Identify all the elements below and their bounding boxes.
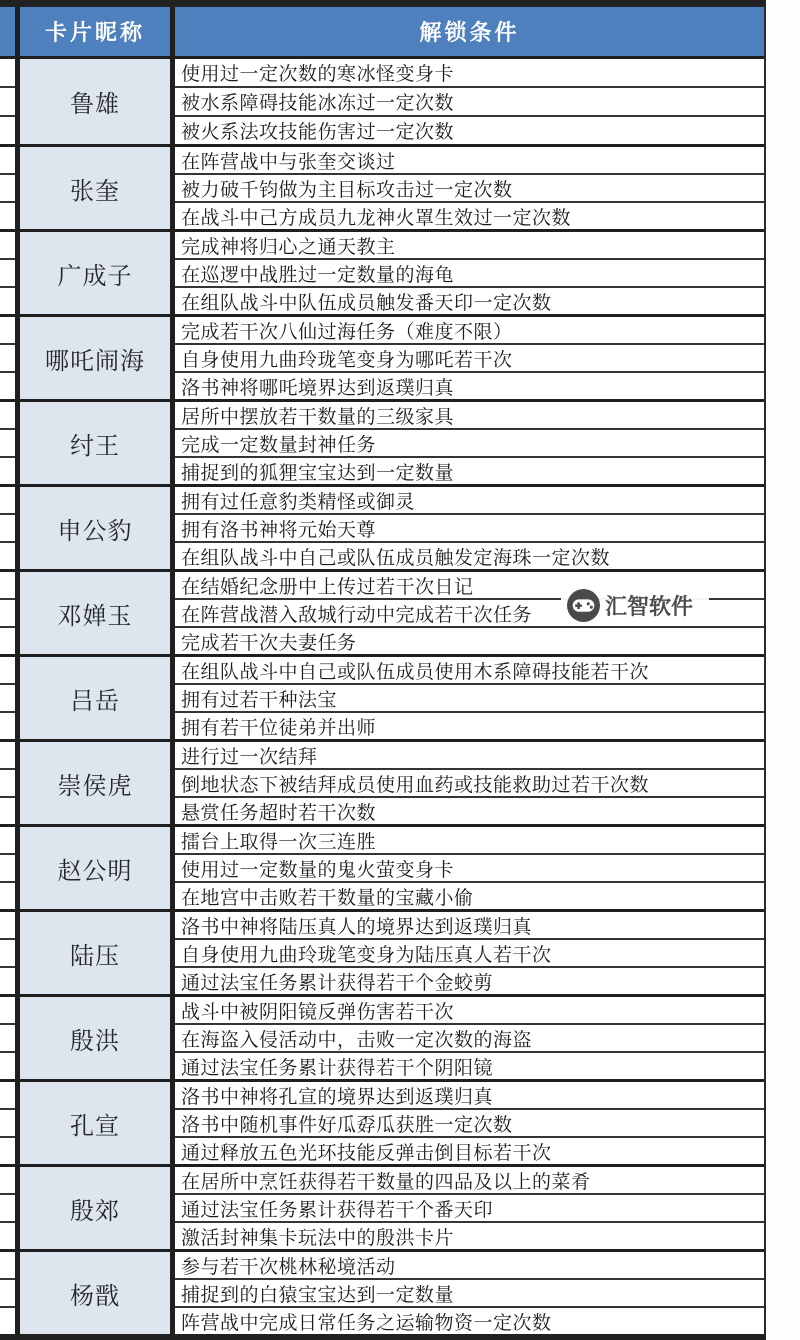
condition-cell: 洛书中神将孔宣的境界达到返璞归真 xyxy=(175,1082,764,1108)
table-body: 鲁雄 使用过一定次数的寒冰怪变身卡被水系障碍技能冰冻过一定次数被火系法攻技能伤害… xyxy=(0,59,764,1334)
row-number-column xyxy=(0,317,20,399)
card-name-cell: 殷郊 xyxy=(20,1167,175,1249)
condition-cell: 完成神将归心之通天教主 xyxy=(175,232,764,258)
row-number-cell xyxy=(0,1193,15,1221)
card-name-cell: 张奎 xyxy=(20,147,175,229)
card-name-cell: 吕岳 xyxy=(20,657,175,739)
condition-cell: 洛书中随机事件好瓜孬瓜获胜一定次数 xyxy=(175,1108,764,1136)
condition-cell: 被火系法攻技能伤害过一定次数 xyxy=(175,115,764,144)
row-number-cell xyxy=(0,456,15,484)
condition-cell: 居所中摆放若干数量的三级家具 xyxy=(175,402,764,428)
condition-cell: 拥有过任意豹类精怪或御灵 xyxy=(175,487,764,513)
condition-cell: 被力破千钧做为主目标攻击过一定次数 xyxy=(175,173,764,201)
row-number-column xyxy=(0,997,20,1079)
row-number-cell xyxy=(0,1167,15,1193)
card-name-cell: 鲁雄 xyxy=(20,59,175,144)
row-number-column xyxy=(0,1082,20,1164)
row-number-cell xyxy=(0,997,15,1023)
condition-cell: 洛书神将哪吒境界达到返璞归真 xyxy=(175,371,764,399)
conditions-column: 在组队战斗中自己或队伍成员使用木系障碍技能若干次拥有过若干种法宝拥有若干位徒弟并… xyxy=(175,657,764,739)
card-group: 崇侯虎 进行过一次结拜倒地状态下被结拜成员使用血药或技能救助过若干次数悬赏任务超… xyxy=(0,739,764,824)
row-number-cell xyxy=(0,86,15,115)
conditions-column: 进行过一次结拜倒地状态下被结拜成员使用血药或技能救助过若干次数悬赏任务超时若干次… xyxy=(175,742,764,824)
card-name-cell: 杨戬 xyxy=(20,1252,175,1334)
row-number-column xyxy=(0,1252,20,1334)
card-group: 杨戬 参与若干次桃林秘境活动捕捉到的白猿宝宝达到一定数量阵营战中完成日常任务之运… xyxy=(0,1249,764,1334)
condition-cell: 通过释放五色光环技能反弹击倒目标若干次 xyxy=(175,1136,764,1164)
condition-cell: 在地宫中击败若干数量的宝藏小偷 xyxy=(175,881,764,909)
card-name-cell: 哪吒闹海 xyxy=(20,317,175,399)
row-number-cell xyxy=(0,541,15,569)
condition-cell: 阵营战中完成日常任务之运输物资一定次数 xyxy=(175,1306,764,1334)
row-number-cell xyxy=(0,201,15,229)
condition-cell: 被水系障碍技能冰冻过一定次数 xyxy=(175,86,764,115)
condition-cell: 通过法宝任务累计获得若干个番天印 xyxy=(175,1193,764,1221)
card-name-cell: 赵公明 xyxy=(20,827,175,909)
card-group: 申公豹 拥有过任意豹类精怪或御灵拥有洛书神将元始天尊在组队战斗中自己或队伍成员触… xyxy=(0,484,764,569)
condition-cell: 完成若干次八仙过海任务（难度不限） xyxy=(175,317,764,343)
row-number-column xyxy=(0,147,20,229)
watermark: 汇智软件 xyxy=(561,585,709,626)
condition-cell: 在巡逻中战胜过一定数量的海龟 xyxy=(175,258,764,286)
conditions-column: 完成神将归心之通天教主在巡逻中战胜过一定数量的海龟在组队战斗中队伍成员触发番天印… xyxy=(175,232,764,314)
card-name-cell: 申公豹 xyxy=(20,487,175,569)
conditions-column: 在居所中烹饪获得若干数量的四品及以上的菜肴通过法宝任务累计获得若干个番天印激活封… xyxy=(175,1167,764,1249)
condition-cell: 激活封神集卡玩法中的殷洪卡片 xyxy=(175,1221,764,1249)
row-number-column xyxy=(0,657,20,739)
row-number-cell xyxy=(0,1108,15,1136)
row-number-column xyxy=(0,487,20,569)
row-number-cell xyxy=(0,258,15,286)
row-number-cell xyxy=(0,626,15,654)
row-number-cell xyxy=(0,513,15,541)
card-group: 赵公明 擂台上取得一次三连胜使用过一定数量的鬼火萤变身卡在地宫中击败若干数量的宝… xyxy=(0,824,764,909)
row-number-column xyxy=(0,1167,20,1249)
row-number-cell xyxy=(0,428,15,456)
condition-cell: 拥有洛书神将元始天尊 xyxy=(175,513,764,541)
condition-cell: 在组队战斗中自己或队伍成员触发定海珠一定次数 xyxy=(175,541,764,569)
card-name-cell: 陆压 xyxy=(20,912,175,994)
condition-cell: 在居所中烹饪获得若干数量的四品及以上的菜肴 xyxy=(175,1167,764,1193)
conditions-column: 在阵营战中与张奎交谈过被力破千钧做为主目标攻击过一定次数在战斗中己方成员九龙神火… xyxy=(175,147,764,229)
condition-cell: 捕捉到的狐狸宝宝达到一定数量 xyxy=(175,456,764,484)
row-number-cell xyxy=(0,768,15,796)
row-number-cell xyxy=(0,912,15,938)
conditions-column: 战斗中被阴阳镜反弹伤害若干次在海盗入侵活动中，击败一定次数的海盗通过法宝任务累计… xyxy=(175,997,764,1079)
condition-cell: 使用过一定次数的寒冰怪变身卡 xyxy=(175,59,764,86)
row-number-cell xyxy=(0,232,15,258)
card-group: 鲁雄 使用过一定次数的寒冰怪变身卡被水系障碍技能冰冻过一定次数被火系法攻技能伤害… xyxy=(0,59,764,144)
conditions-column: 居所中摆放若干数量的三级家具完成一定数量封神任务捕捉到的狐狸宝宝达到一定数量 xyxy=(175,402,764,484)
condition-cell: 在战斗中己方成员九龙神火罩生效过一定次数 xyxy=(175,201,764,229)
card-group: 哪吒闹海 完成若干次八仙过海任务（难度不限）自身使用九曲玲珑笔变身为哪吒若干次洛… xyxy=(0,314,764,399)
gamepad-icon xyxy=(567,589,600,622)
row-number-cell xyxy=(0,1278,15,1306)
condition-cell: 悬赏任务超时若干次数 xyxy=(175,796,764,824)
row-number-cell xyxy=(0,1252,15,1278)
row-number-cell xyxy=(0,683,15,711)
conditions-column: 拥有过任意豹类精怪或御灵拥有洛书神将元始天尊在组队战斗中自己或队伍成员触发定海珠… xyxy=(175,487,764,569)
row-number-cell xyxy=(0,881,15,909)
condition-cell: 在组队战斗中自己或队伍成员使用木系障碍技能若干次 xyxy=(175,657,764,683)
row-number-cell xyxy=(0,317,15,343)
page: 卡片昵称 解锁条件 鲁雄 使用过一定次数的寒冰怪变身卡被水系障碍技能冰冻过一定次… xyxy=(0,0,800,1340)
row-number-cell xyxy=(0,147,15,173)
condition-cell: 捕捉到的白猿宝宝达到一定数量 xyxy=(175,1278,764,1306)
row-number-cell xyxy=(0,371,15,399)
card-name-cell: 广成子 xyxy=(20,232,175,314)
condition-cell: 战斗中被阴阳镜反弹伤害若干次 xyxy=(175,997,764,1023)
row-number-cell xyxy=(0,598,15,626)
row-number-cell xyxy=(0,742,15,768)
row-number-cell xyxy=(0,286,15,314)
table-header-row: 卡片昵称 解锁条件 xyxy=(0,7,764,59)
row-number-cell xyxy=(0,827,15,853)
condition-cell: 在组队战斗中队伍成员触发番天印一定次数 xyxy=(175,286,764,314)
row-number-cell xyxy=(0,966,15,994)
row-number-cell xyxy=(0,173,15,201)
row-number-cell xyxy=(0,115,15,144)
header-row-number-cell xyxy=(0,7,20,56)
row-number-cell xyxy=(0,1221,15,1249)
row-number-cell xyxy=(0,796,15,824)
condition-cell: 参与若干次桃林秘境活动 xyxy=(175,1252,764,1278)
condition-cell: 自身使用九曲玲珑笔变身为陆压真人若干次 xyxy=(175,938,764,966)
conditions-column: 使用过一定次数的寒冰怪变身卡被水系障碍技能冰冻过一定次数被火系法攻技能伤害过一定… xyxy=(175,59,764,144)
card-group: 殷洪 战斗中被阴阳镜反弹伤害若干次在海盗入侵活动中，击败一定次数的海盗通过法宝任… xyxy=(0,994,764,1079)
condition-cell: 在阵营战中与张奎交谈过 xyxy=(175,147,764,173)
condition-cell: 通过法宝任务累计获得若干个阴阳镜 xyxy=(175,1051,764,1079)
header-card-nickname: 卡片昵称 xyxy=(20,7,175,56)
conditions-column: 擂台上取得一次三连胜使用过一定数量的鬼火萤变身卡在地宫中击败若干数量的宝藏小偷 xyxy=(175,827,764,909)
condition-cell: 洛书中神将陆压真人的境界达到返璞归真 xyxy=(175,912,764,938)
header-unlock-conditions: 解锁条件 xyxy=(175,7,764,56)
condition-cell: 进行过一次结拜 xyxy=(175,742,764,768)
card-group: 张奎 在阵营战中与张奎交谈过被力破千钧做为主目标攻击过一定次数在战斗中己方成员九… xyxy=(0,144,764,229)
card-name-cell: 邓婵玉 xyxy=(20,572,175,654)
watermark-text: 汇智软件 xyxy=(605,590,693,621)
card-name-cell: 殷洪 xyxy=(20,997,175,1079)
card-group: 吕岳 在组队战斗中自己或队伍成员使用木系障碍技能若干次拥有过若干种法宝拥有若干位… xyxy=(0,654,764,739)
condition-cell: 倒地状态下被结拜成员使用血药或技能救助过若干次数 xyxy=(175,768,764,796)
card-name-cell: 纣王 xyxy=(20,402,175,484)
card-group: 陆压 洛书中神将陆压真人的境界达到返璞归真自身使用九曲玲珑笔变身为陆压真人若干次… xyxy=(0,909,764,994)
condition-cell: 通过法宝任务累计获得若干个金蛟剪 xyxy=(175,966,764,994)
row-number-cell xyxy=(0,1051,15,1079)
conditions-column: 洛书中神将孔宣的境界达到返璞归真洛书中随机事件好瓜孬瓜获胜一定次数通过释放五色光… xyxy=(175,1082,764,1164)
row-number-cell xyxy=(0,1023,15,1051)
condition-cell: 擂台上取得一次三连胜 xyxy=(175,827,764,853)
row-number-cell xyxy=(0,711,15,739)
conditions-column: 参与若干次桃林秘境活动捕捉到的白猿宝宝达到一定数量阵营战中完成日常任务之运输物资… xyxy=(175,1252,764,1334)
condition-cell: 使用过一定数量的鬼火萤变身卡 xyxy=(175,853,764,881)
row-number-column xyxy=(0,742,20,824)
card-unlock-table: 卡片昵称 解锁条件 鲁雄 使用过一定次数的寒冰怪变身卡被水系障碍技能冰冻过一定次… xyxy=(0,0,766,1340)
row-number-column xyxy=(0,827,20,909)
card-group: 孔宣 洛书中神将孔宣的境界达到返璞归真洛书中随机事件好瓜孬瓜获胜一定次数通过释放… xyxy=(0,1079,764,1164)
card-name-cell: 孔宣 xyxy=(20,1082,175,1164)
conditions-column: 完成若干次八仙过海任务（难度不限）自身使用九曲玲珑笔变身为哪吒若干次洛书神将哪吒… xyxy=(175,317,764,399)
row-number-column xyxy=(0,59,20,144)
row-number-cell xyxy=(0,402,15,428)
condition-cell: 自身使用九曲玲珑笔变身为哪吒若干次 xyxy=(175,343,764,371)
row-number-cell xyxy=(0,572,15,598)
row-number-cell xyxy=(0,59,15,86)
row-number-cell xyxy=(0,853,15,881)
row-number-column xyxy=(0,912,20,994)
row-number-column xyxy=(0,402,20,484)
row-number-cell xyxy=(0,1306,15,1334)
row-number-cell xyxy=(0,343,15,371)
card-group: 纣王 居所中摆放若干数量的三级家具完成一定数量封神任务捕捉到的狐狸宝宝达到一定数… xyxy=(0,399,764,484)
condition-cell: 完成若干次夫妻任务 xyxy=(175,626,764,654)
row-number-column xyxy=(0,232,20,314)
conditions-column: 洛书中神将陆压真人的境界达到返璞归真自身使用九曲玲珑笔变身为陆压真人若干次通过法… xyxy=(175,912,764,994)
row-number-cell xyxy=(0,487,15,513)
card-group: 殷郊 在居所中烹饪获得若干数量的四品及以上的菜肴通过法宝任务累计获得若干个番天印… xyxy=(0,1164,764,1249)
condition-cell: 拥有过若干种法宝 xyxy=(175,683,764,711)
card-name-cell: 崇侯虎 xyxy=(20,742,175,824)
condition-cell: 拥有若干位徒弟并出师 xyxy=(175,711,764,739)
row-number-cell xyxy=(0,938,15,966)
condition-cell: 在海盗入侵活动中，击败一定次数的海盗 xyxy=(175,1023,764,1051)
row-number-column xyxy=(0,572,20,654)
row-number-cell xyxy=(0,657,15,683)
row-number-cell xyxy=(0,1082,15,1108)
card-group: 广成子 完成神将归心之通天教主在巡逻中战胜过一定数量的海龟在组队战斗中队伍成员触… xyxy=(0,229,764,314)
condition-cell: 完成一定数量封神任务 xyxy=(175,428,764,456)
row-number-cell xyxy=(0,1136,15,1164)
